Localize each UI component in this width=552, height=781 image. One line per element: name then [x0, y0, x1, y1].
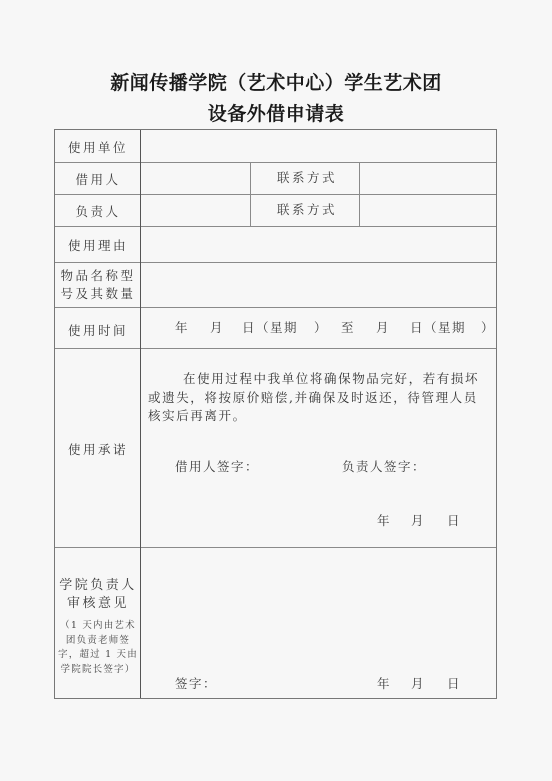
review-date-month: 月 [411, 678, 426, 691]
responsible-contact-label: 联系方式 [277, 204, 337, 217]
items-field[interactable] [141, 263, 496, 307]
unit-field[interactable] [141, 130, 496, 162]
responsible-field[interactable] [141, 195, 250, 226]
time-to: 至 [341, 322, 356, 335]
responsible-signature-field[interactable] [425, 452, 493, 478]
promise-date-month: 月 [411, 515, 426, 528]
promise-date-day: 日 [447, 515, 462, 528]
review-signature-label: 签字： [175, 678, 217, 691]
reason-label: 使用理由 [55, 237, 141, 255]
borrower-field[interactable] [141, 163, 250, 194]
responsible-signature-label: 负责人签字： [342, 461, 426, 474]
promise-label: 使用承诺 [55, 441, 141, 459]
reason-field[interactable] [141, 227, 496, 262]
form-title-line2: 设备外借申请表 [0, 99, 552, 126]
review-signature-field[interactable] [215, 670, 365, 696]
time-close1: ） [314, 322, 329, 335]
items-label-line2: 号及其数量 [55, 285, 141, 303]
responsible-contact-field[interactable] [360, 195, 496, 226]
borrower-label: 借用人 [55, 171, 141, 189]
review-label-line1: 学院负责人 [55, 577, 141, 595]
responsible-label: 负责人 [55, 203, 141, 221]
time-field[interactable]: 年 月 日（星期 ） 至 月 日（星期 ） [141, 308, 496, 348]
time-label: 使用时间 [55, 322, 141, 340]
review-date-year: 年 [377, 678, 392, 691]
borrower-contact-field[interactable] [360, 163, 496, 194]
items-label-line1: 物品名称型 [55, 267, 141, 285]
review-note-line1: （1 天内由艺术 [55, 619, 141, 634]
time-month2: 月 [376, 322, 391, 335]
review-note: （1 天内由艺术 团负责老师签 字，超过 1 天由 学院院长签字） [55, 619, 141, 678]
time-day2-weekday: 日（星期 [410, 322, 466, 335]
review-note-line4: 学院院长签字） [55, 663, 141, 678]
items-label: 物品名称型 号及其数量 [55, 267, 141, 303]
equipment-loan-form: 使用单位 借用人 联系方式 负责人 联系方式 使用理由 物品名称型 号及其数量 … [54, 129, 497, 699]
form-title-line1: 新闻传播学院（艺术中心）学生艺术团 [0, 68, 552, 95]
borrower-signature-label: 借用人签字： [175, 461, 259, 474]
review-label-line2: 审核意见 [55, 595, 141, 613]
review-note-line3: 字，超过 1 天由 [55, 648, 141, 663]
time-close2: ） [481, 322, 496, 335]
review-note-line2: 团负责老师签 [55, 634, 141, 649]
review-label: 学院负责人 审核意见 [55, 577, 141, 613]
borrower-contact-label: 联系方式 [277, 172, 337, 185]
unit-label: 使用单位 [55, 139, 141, 157]
contact-column-divider [250, 162, 251, 227]
row-divider [55, 348, 496, 349]
review-opinion-field[interactable] [141, 548, 496, 668]
promise-text: 在使用过程中我单位将确保物品完好，若有损坏或遗失，将按原价赔偿,并确保及时返还，… [148, 370, 491, 426]
borrower-signature-field[interactable] [255, 452, 335, 478]
review-date-day: 日 [447, 678, 462, 691]
promise-date-year: 年 [377, 515, 392, 528]
time-day1-weekday: 日（星期 [242, 322, 298, 335]
time-month1: 月 [210, 322, 225, 335]
time-year: 年 [175, 322, 190, 335]
